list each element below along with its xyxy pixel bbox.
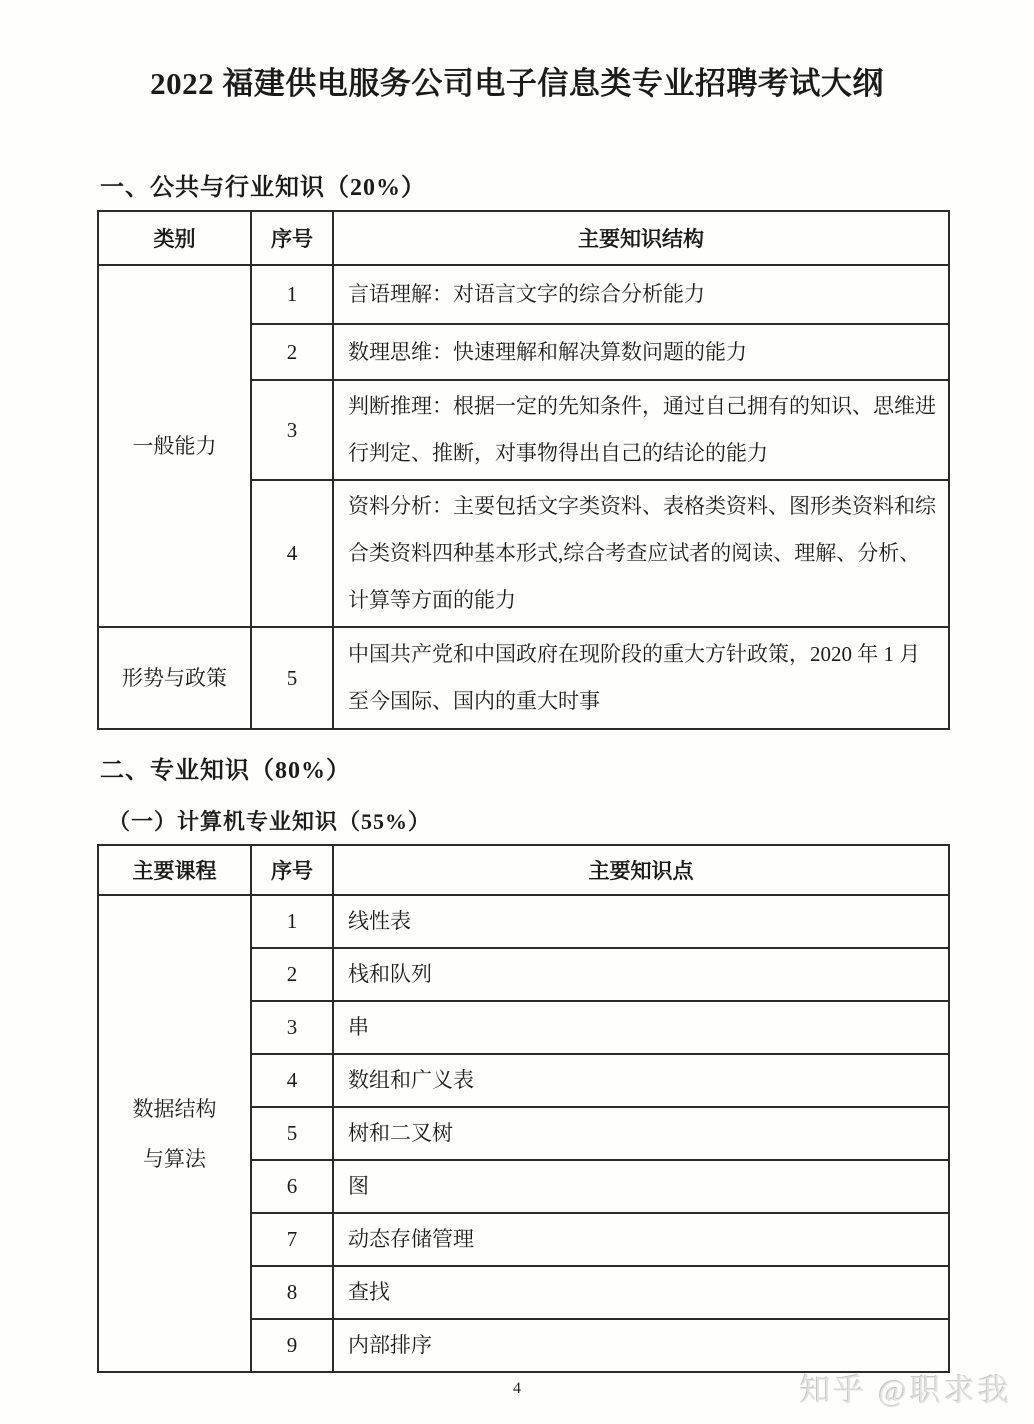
row-number-cell: 2 <box>251 324 333 380</box>
knowledge-text-cell: 树和二叉树 <box>333 1107 949 1160</box>
knowledge-text-cell: 中国共产党和中国政府在现阶段的重大方针政策，2020 年 1 月至今国际、国内的… <box>333 627 949 729</box>
column-header-knowledge-points: 主要知识点 <box>333 845 949 895</box>
table-header-row: 类别 序号 主要知识结构 <box>98 211 949 265</box>
row-number-cell: 2 <box>251 948 333 1001</box>
knowledge-text-cell: 查找 <box>333 1266 949 1319</box>
category-cell-data-structures: 数据结构 与算法 <box>98 895 251 1372</box>
row-number-cell: 6 <box>251 1160 333 1213</box>
row-number-cell: 5 <box>251 627 333 729</box>
table-row: 形势与政策 5 中国共产党和中国政府在现阶段的重大方针政策，2020 年 1 月… <box>98 627 949 729</box>
section-1-heading: 一、公共与行业知识（20%） <box>100 167 1034 202</box>
row-number-cell: 1 <box>251 895 333 948</box>
column-header-category: 类别 <box>98 211 251 265</box>
table-row: 数据结构 与算法 1 线性表 <box>98 895 949 948</box>
subsection-computer-knowledge-heading: （一）计算机专业知识（55%） <box>108 805 1034 836</box>
table-header-row: 主要课程 序号 主要知识点 <box>98 845 949 895</box>
knowledge-text-cell: 言语理解：对语言文字的综合分析能力 <box>333 265 949 324</box>
row-number-cell: 4 <box>251 480 333 627</box>
row-number-cell: 1 <box>251 265 333 324</box>
category-cell-general-ability: 一般能力 <box>98 265 251 627</box>
knowledge-text-cell: 串 <box>333 1001 949 1054</box>
knowledge-text-cell: 判断推理：根据一定的先知条件，通过自己拥有的知识、思维进行判定、推断，对事物得出… <box>333 380 949 480</box>
knowledge-text-cell: 线性表 <box>333 895 949 948</box>
row-number-cell: 7 <box>251 1213 333 1266</box>
row-number-cell: 5 <box>251 1107 333 1160</box>
knowledge-text-cell: 栈和队列 <box>333 948 949 1001</box>
knowledge-text-cell: 图 <box>333 1160 949 1213</box>
public-industry-knowledge-table: 类别 序号 主要知识结构 一般能力 1 言语理解：对语言文字的综合分析能力 2 … <box>97 210 950 730</box>
row-number-cell: 9 <box>251 1319 333 1372</box>
table-row: 一般能力 1 言语理解：对语言文字的综合分析能力 <box>98 265 949 324</box>
knowledge-text-cell: 动态存储管理 <box>333 1213 949 1266</box>
row-number-cell: 8 <box>251 1266 333 1319</box>
column-header-index: 序号 <box>251 211 333 265</box>
document-page: 2022 福建供电服务公司电子信息类专业招聘考试大纲 一、公共与行业知识（20%… <box>0 0 1034 1424</box>
category-cell-situation-policy: 形势与政策 <box>98 627 251 729</box>
row-number-cell: 4 <box>251 1054 333 1107</box>
row-number-cell: 3 <box>251 1001 333 1054</box>
computer-knowledge-table: 主要课程 序号 主要知识点 数据结构 与算法 1 线性表 2 栈和队列 3 串 … <box>97 844 950 1373</box>
column-header-index: 序号 <box>251 845 333 895</box>
section-2-heading: 二、专业知识（80%） <box>100 750 1034 785</box>
row-number-cell: 3 <box>251 380 333 480</box>
knowledge-text-cell: 资料分析：主要包括文字类资料、表格类资料、图形类资料和综合类资料四种基本形式,综… <box>333 480 949 627</box>
knowledge-text-cell: 数理思维：快速理解和解决算数问题的能力 <box>333 324 949 380</box>
watermark-zhihu: 知乎 @职求我 <box>800 1365 1012 1410</box>
knowledge-text-cell: 数组和广义表 <box>333 1054 949 1107</box>
column-header-main-course: 主要课程 <box>98 845 251 895</box>
page-title: 2022 福建供电服务公司电子信息类专业招聘考试大纲 <box>0 0 1034 103</box>
column-header-knowledge-structure: 主要知识结构 <box>333 211 949 265</box>
